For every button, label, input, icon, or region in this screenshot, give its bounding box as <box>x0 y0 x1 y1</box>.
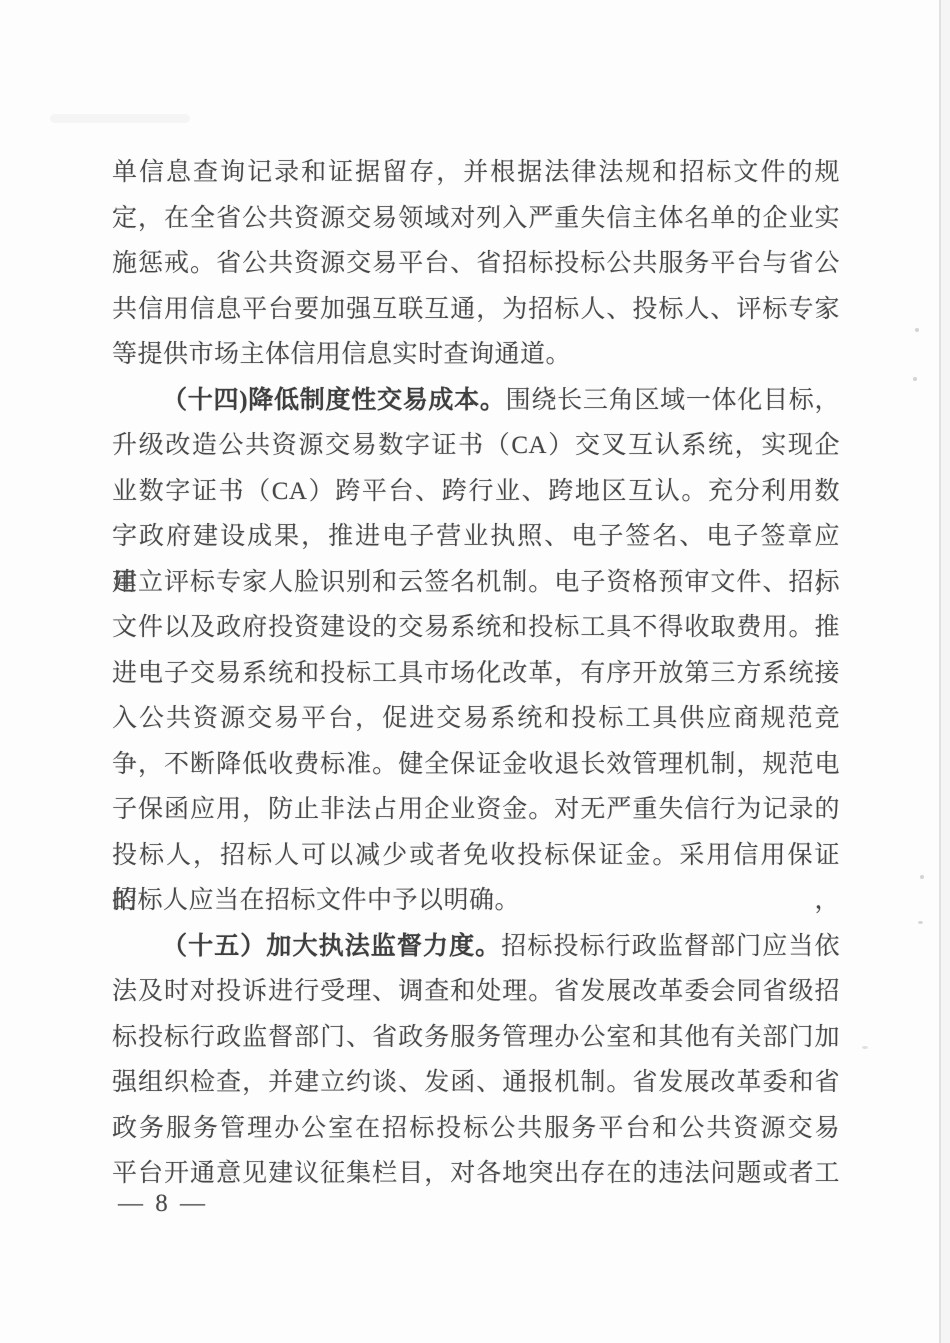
text-line: 子保函应用，防止非法占用企业资金。对无严重失信行为记录的 <box>112 787 840 833</box>
text-line: （十四)降低制度性交易成本。围绕长三角区域一体化目标， <box>112 378 840 424</box>
text-run: 业数字证书（CA）跨平台、跨行业、跨地区互认。充分利用数 <box>112 478 840 505</box>
text-line: 标投标行政监督部门、省政务服务管理办公室和其他有关部门加 <box>112 1015 840 1061</box>
text-line: 单信息查询记录和证据留存，并根据法律法规和招标文件的规 <box>112 150 840 196</box>
text-line: 定，在全省公共资源交易领域对列入严重失信主体名单的企业实 <box>112 196 840 242</box>
page-number: — 8 — <box>118 1190 208 1218</box>
text-line: 建立评标专家人脸识别和云签名机制。电子资格预审文件、招标 <box>112 560 840 606</box>
text-line: 争，不断降低收费标准。健全保证金收退长效管理机制，规范电 <box>112 742 840 788</box>
text-line: 投标人，招标人可以减少或者免收投标保证金。采用信用保证的， <box>112 833 840 879</box>
text-line: 政务服务管理办公室在招标投标公共服务平台和公共资源交易 <box>112 1106 840 1152</box>
text-line: 文件以及政府投资建设的交易系统和投标工具不得收取费用。推 <box>112 605 840 651</box>
text-run: 法及时对投诉进行受理、调查和处理。省发展改革委会同省级招 <box>112 978 840 1005</box>
scan-speck <box>915 328 919 332</box>
text-line: 入公共资源交易平台，促进交易系统和投标工具供应商规范竞 <box>112 696 840 742</box>
document-body: 单信息查询记录和证据留存，并根据法律法规和招标文件的规定，在全省公共资源交易领域… <box>112 150 840 1197</box>
text-line: 共信用信息平台要加强互联互通，为招标人、投标人、评标专家 <box>112 287 840 333</box>
text-line: 平台开通意见建议征集栏目，对各地突出存在的违法问题或者工 <box>112 1151 840 1197</box>
text-run: 单信息查询记录和证据留存，并根据法律法规和招标文件的规 <box>112 159 840 186</box>
scan-smudge <box>50 114 190 123</box>
scan-speck <box>920 875 924 879</box>
text-line: 进电子交易系统和投标工具市场化改革，有序开放第三方系统接 <box>112 651 840 697</box>
text-run: 围绕长三角区域一体化目标， <box>506 387 840 414</box>
section-heading: （十四)降低制度性交易成本。 <box>162 387 506 414</box>
text-line: 强组织检查，并建立约谈、发函、通报机制。省发展改革委和省 <box>112 1060 840 1106</box>
scan-speck <box>862 1046 868 1049</box>
text-run: 入公共资源交易平台，促进交易系统和投标工具供应商规范竞 <box>112 705 840 732</box>
text-run: 共信用信息平台要加强互联互通，为招标人、投标人、评标专家 <box>112 296 840 323</box>
text-run: 文件以及政府投资建设的交易系统和投标工具不得收取费用。推 <box>112 614 840 641</box>
text-line: 等提供市场主体信用信息实时查询通道。 <box>112 332 840 378</box>
text-run: 施惩戒。省公共资源交易平台、省招标投标公共服务平台与省公 <box>112 250 840 277</box>
text-run: 子保函应用，防止非法占用企业资金。对无严重失信行为记录的 <box>112 796 840 823</box>
text-line: 业数字证书（CA）跨平台、跨行业、跨地区互认。充分利用数 <box>112 469 840 515</box>
text-line: 字政府建设成果，推进电子营业执照、电子签名、电子签章应用， <box>112 514 840 560</box>
text-run: 定，在全省公共资源交易领域对列入严重失信主体名单的企业实 <box>112 205 840 232</box>
scan-edge-band <box>941 0 950 1343</box>
document-page: 单信息查询记录和证据留存，并根据法律法规和招标文件的规定，在全省公共资源交易领域… <box>0 0 950 1343</box>
text-run: 强组织检查，并建立约谈、发函、通报机制。省发展改革委和省 <box>112 1069 840 1096</box>
text-run: 建立评标专家人脸识别和云签名机制。电子资格预审文件、招标 <box>112 569 840 596</box>
text-run: 招标投标行政监督部门应当依 <box>501 933 840 960</box>
section-heading: （十五）加大执法监督力度。 <box>162 933 501 960</box>
text-line: （十五）加大执法监督力度。招标投标行政监督部门应当依 <box>112 924 840 970</box>
text-line: 施惩戒。省公共资源交易平台、省招标投标公共服务平台与省公 <box>112 241 840 287</box>
text-run: 进电子交易系统和投标工具市场化改革，有序开放第三方系统接 <box>112 660 840 687</box>
text-run: 争，不断降低收费标准。健全保证金收退长效管理机制，规范电 <box>112 751 840 778</box>
text-run: 平台开通意见建议征集栏目，对各地突出存在的违法问题或者工 <box>112 1160 840 1187</box>
text-line: 法及时对投诉进行受理、调查和处理。省发展改革委会同省级招 <box>112 969 840 1015</box>
text-run: 招标人应当在招标文件中予以明确。 <box>112 887 520 914</box>
text-run: 标投标行政监督部门、省政务服务管理办公室和其他有关部门加 <box>112 1024 840 1051</box>
text-run: 升级改造公共资源交易数字证书（CA）交叉互认系统，实现企 <box>112 432 840 459</box>
scan-speck <box>913 377 917 381</box>
text-run: 政务服务管理办公室在招标投标公共服务平台和公共资源交易 <box>112 1115 840 1142</box>
text-line: 升级改造公共资源交易数字证书（CA）交叉互认系统，实现企 <box>112 423 840 469</box>
text-run: 等提供市场主体信用信息实时查询通道。 <box>112 341 571 368</box>
scan-speck <box>918 921 923 924</box>
